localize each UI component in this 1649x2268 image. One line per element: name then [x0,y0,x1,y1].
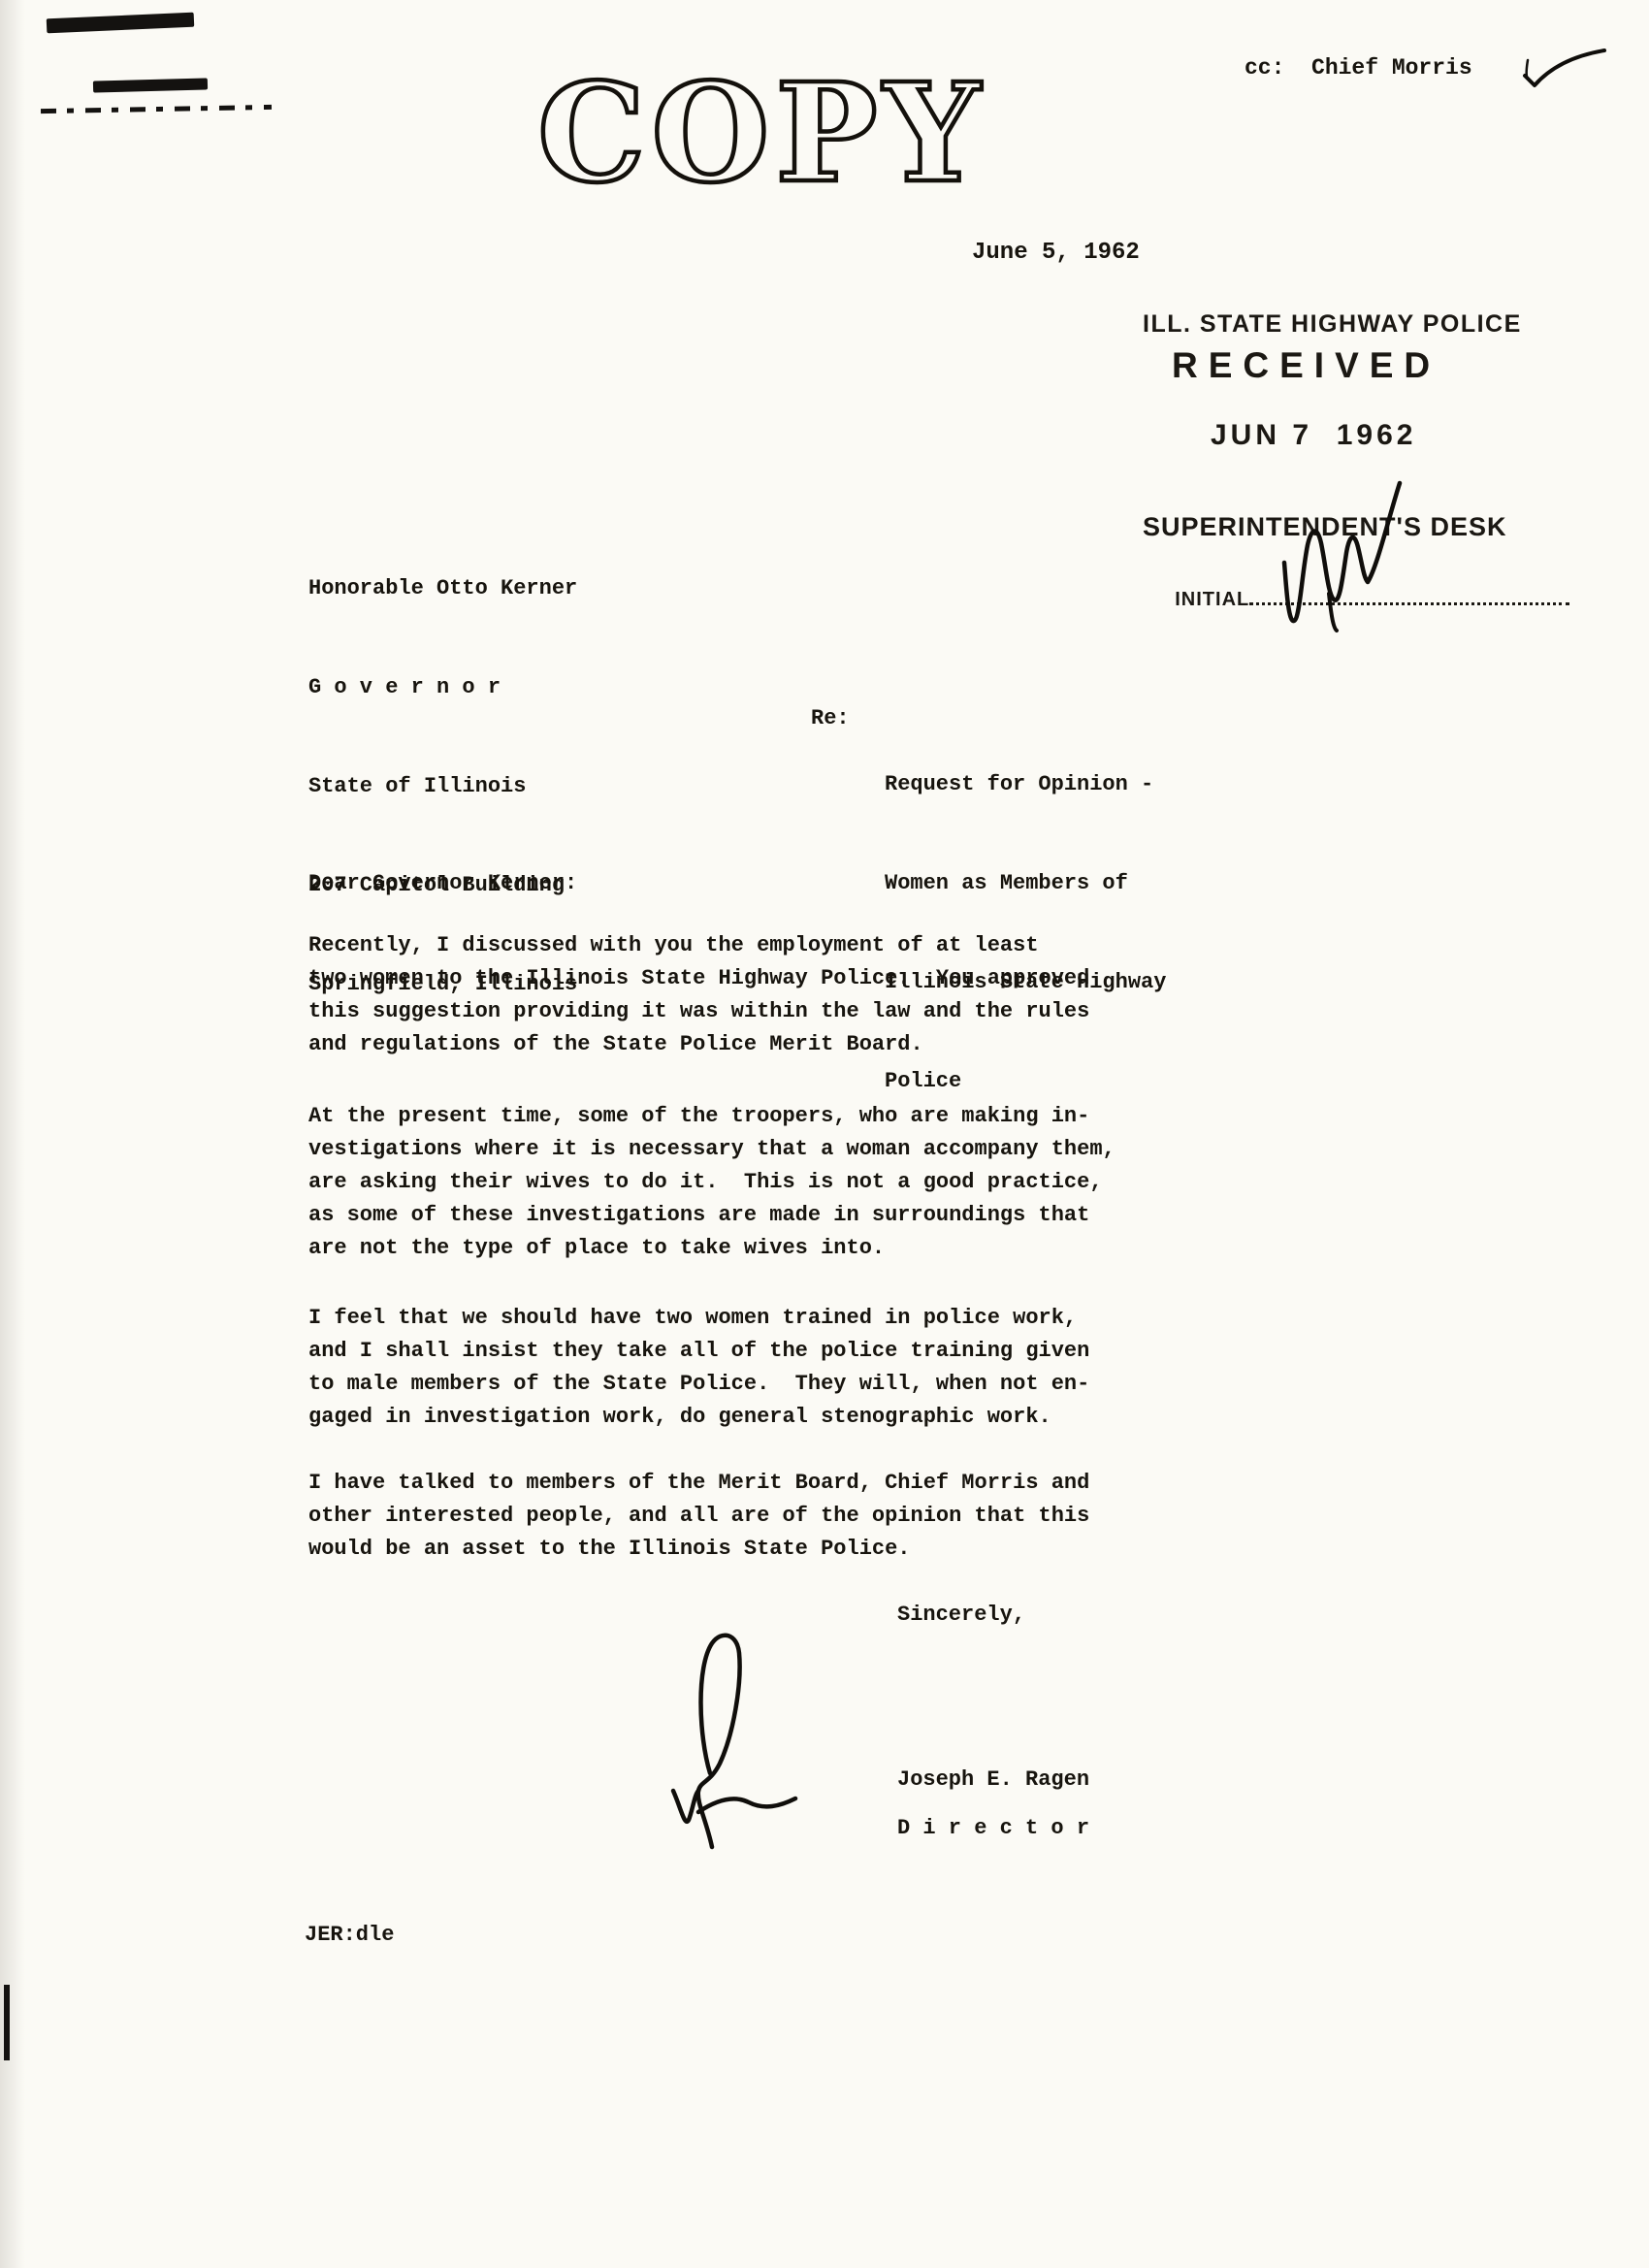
signer-name: Joseph E. Ragen [897,1764,1089,1797]
recipient-line: State of Illinois [308,770,577,803]
signature-scribble [652,1628,817,1861]
subject-line: Women as Members of [885,867,1166,900]
recipient-line: Honorable Otto Kerner [308,572,577,605]
scanned-letter-page: COPY cc: Chief Morris June 5, 1962 ILL. … [0,0,1649,2268]
date-line: June 5, 1962 [972,237,1140,270]
received-stamp-agency: ILL. STATE HIGHWAY POLICE [1143,310,1522,339]
initials-scribble [1273,477,1408,632]
salutation: Dear Governor Kerner: [308,867,577,900]
subject-line: Request for Opinion - [885,768,1166,801]
scan-artifact-dashes [41,105,272,113]
valediction: Sincerely, [897,1599,1025,1632]
body-paragraph-4: I have talked to members of the Merit Bo… [308,1467,1089,1566]
received-stamp-initial-label: INITIAL [1175,589,1249,610]
scan-artifact-bar-mid [93,78,208,92]
scan-edge-shading [0,0,25,2268]
cc-line: cc: Chief Morris [1245,51,1472,84]
body-paragraph-2: At the present time, some of the trooper… [308,1100,1115,1265]
subject-label: Re: [811,702,850,735]
scan-artifact-left-edge-mark [4,1985,10,2060]
body-paragraph-3: I feel that we should have two women tra… [308,1302,1089,1434]
received-stamp-date: JUN 7 1962 [1211,419,1416,452]
received-stamp-status: RECEIVED [1172,345,1440,386]
subject-line: Police [885,1065,1166,1098]
checkmark-scribble [1521,47,1610,97]
recipient-line: G o v e r n o r [308,671,577,704]
copy-stamp-text: COPY [537,54,986,213]
signer-title: D i r e c t o r [897,1812,1089,1845]
typist-initials: JER:dle [305,1919,394,1952]
body-paragraph-1: Recently, I discussed with you the emplo… [308,929,1089,1061]
copy-stamp: COPY [532,56,1075,211]
scan-artifact-bar-top [47,13,195,34]
